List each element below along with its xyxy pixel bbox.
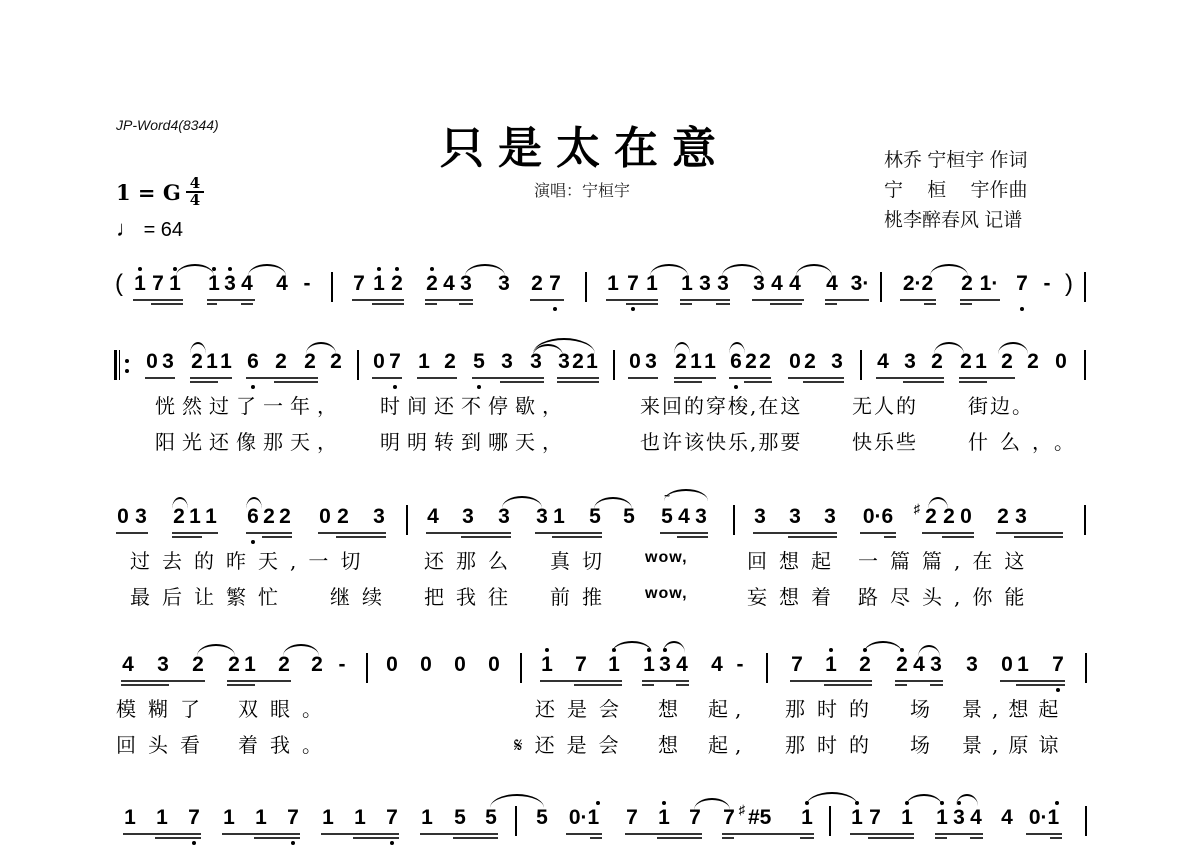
beam [744, 381, 772, 383]
note: 7 [388, 350, 402, 374]
note: 2 [571, 350, 585, 374]
beam [372, 303, 404, 305]
note: 4 [770, 272, 784, 296]
note: 3 [752, 272, 766, 296]
lyrics-line-2: wow, [645, 585, 688, 603]
high-octave-dot [829, 648, 833, 652]
time-signature-bottom: 4 [186, 193, 204, 208]
repeat-thin-bar [119, 350, 120, 380]
note: 2 [530, 272, 544, 296]
beam [145, 377, 175, 379]
beam [557, 377, 599, 379]
lyrics-line-1: 那时的 [785, 693, 881, 722]
note: 0 [1054, 350, 1068, 374]
note: 3 [161, 350, 175, 374]
note: 0 [628, 350, 642, 374]
note: 1 [642, 653, 656, 677]
beam [172, 532, 218, 534]
note: 4 [710, 653, 724, 677]
note: 3 [788, 505, 802, 529]
low-octave-dot [631, 307, 635, 311]
lyric-phrase: 恍然过了一年， [155, 394, 344, 418]
barline [406, 505, 408, 535]
lyric-phrase: 什么，。 [968, 430, 1086, 454]
note: 1 [680, 272, 694, 296]
note: 1 [606, 272, 620, 296]
note: 5 [453, 806, 467, 830]
beam [116, 532, 148, 534]
lyric-phrase: 场 [910, 697, 937, 721]
beam [960, 303, 972, 305]
lyric-phrase: 着我。 [238, 733, 334, 757]
close-paren: ) [1062, 270, 1076, 298]
low-octave-dot [390, 841, 394, 845]
time-signature: 4 4 [186, 176, 204, 208]
beam [461, 536, 511, 538]
lyrics-line-1: 想 [658, 693, 685, 722]
beam [552, 536, 602, 538]
note: 4 [677, 505, 691, 529]
note: 2 [758, 350, 772, 374]
lyric-phrase: 𝄋还是会 [514, 733, 631, 757]
lyric-phrase: 回想起 [747, 549, 843, 573]
tie-arc [806, 792, 858, 806]
lyric-phrase: 真切 [550, 549, 614, 573]
lyric-phrase: 起, [708, 733, 748, 757]
sharp-icon: ♯ [735, 802, 749, 817]
beam [935, 833, 983, 835]
note: 1 [207, 272, 221, 296]
beam [590, 837, 602, 839]
rest: 0 [419, 653, 433, 677]
singer-label: 演唱：宁桓宇 [534, 178, 630, 201]
dash: - [335, 653, 349, 677]
beam [566, 833, 602, 835]
barline [829, 806, 831, 836]
slur-arc [956, 794, 978, 806]
beam [674, 381, 702, 383]
note: 1 [222, 806, 236, 830]
note: 1 [824, 653, 838, 677]
lyric-phrase: 那时的 [785, 733, 881, 757]
lyric-phrase: wow, [645, 585, 688, 602]
lyrics-line-2: 继续 [330, 581, 394, 610]
beam [884, 536, 896, 538]
lyric-phrase: 阳光还像那天， [155, 430, 344, 454]
note: 0·6 [860, 505, 896, 529]
beam [1050, 837, 1062, 839]
note: 2 [274, 350, 288, 374]
lyric-phrase: 快乐些 [852, 430, 918, 454]
note: 3 [156, 653, 170, 677]
beam [574, 684, 622, 686]
beam [860, 532, 896, 534]
lyric-phrase: 还是会 [535, 697, 631, 721]
note: 3 [497, 272, 511, 296]
beam [1014, 536, 1063, 538]
note: 4 [442, 272, 456, 296]
lyric-phrase: 想 [658, 697, 685, 721]
note: 5 [660, 505, 674, 529]
low-octave-dot [291, 841, 295, 845]
note: 0·1 [1026, 806, 1062, 830]
beam [262, 536, 292, 538]
high-octave-dot [940, 801, 944, 805]
note: 0 [788, 350, 802, 374]
lyrics-line-1: 模糊了 [116, 693, 212, 722]
lyric-phrase: 时间还不停歇， [380, 394, 569, 418]
beam [903, 381, 944, 383]
beam [151, 303, 183, 305]
beam [626, 303, 658, 305]
note: 7 [868, 806, 882, 830]
beam [606, 299, 658, 301]
note: 2 [1000, 350, 1014, 374]
note: 2 [803, 350, 817, 374]
note: 3 [557, 350, 571, 374]
note: 2 [329, 350, 343, 374]
beam [459, 303, 473, 305]
note: 2 [278, 505, 292, 529]
lyrics-line-1: 还那么 [424, 545, 520, 574]
note: 6 [729, 350, 743, 374]
lyrics-line-2: 什么，。 [968, 426, 1086, 455]
note: 1 [800, 806, 814, 830]
note: 7 [722, 806, 736, 830]
lyric-phrase: 一篇篇,在这 [858, 549, 1036, 573]
note: 1 [552, 505, 566, 529]
note: 4 [426, 505, 440, 529]
beam [246, 377, 318, 379]
beam [207, 299, 255, 301]
note: 1 [935, 806, 949, 830]
note: 1 [133, 272, 147, 296]
lyric-phrase: 明明转到哪天， [380, 430, 569, 454]
beam [825, 299, 869, 301]
note: 1 [607, 653, 621, 677]
barline [357, 350, 359, 380]
note: 5 [484, 806, 498, 830]
low-octave-dot [734, 385, 738, 389]
rest: 0 [453, 653, 467, 677]
beam [770, 303, 802, 305]
note: 1 [372, 272, 386, 296]
beam [930, 684, 943, 686]
lyric-phrase: 继续 [330, 585, 394, 609]
note: 4 [675, 653, 689, 677]
note: 3 [753, 505, 767, 529]
beam [417, 377, 457, 379]
barline [733, 505, 735, 535]
note: 3 [965, 653, 979, 677]
beam [1000, 680, 1065, 682]
beam [500, 381, 544, 383]
beam [222, 833, 300, 835]
lyrics-line-1: 过去的昨天,一切 [130, 545, 372, 574]
note: 2 [744, 350, 758, 374]
note: 1 [657, 806, 671, 830]
note: 6 [246, 505, 260, 529]
credit-music: 宁 桓 宇作曲 [884, 176, 1028, 206]
note: 7 [187, 806, 201, 830]
beam [123, 833, 201, 835]
note: 4 [825, 272, 839, 296]
lyric-phrase: 妄想着 [747, 585, 843, 609]
score-row-verse-3: 4 3 2 2 1 2 2 - 0 0 0 0 1 7 1 1 3 4 4 - … [0, 651, 1200, 761]
lyrics-line-2: 起, [708, 729, 748, 758]
note: 3 [830, 350, 844, 374]
beam [642, 680, 689, 682]
lyrics-line-1: 恍然过了一年， [155, 390, 344, 419]
barline [880, 272, 882, 302]
note: 3 [497, 505, 511, 529]
dash: - [300, 272, 314, 296]
tempo-value: = 64 [144, 219, 183, 241]
note: 1 [205, 350, 219, 374]
note: 2 [262, 505, 276, 529]
beam [752, 299, 804, 301]
beam [155, 837, 201, 839]
beam [227, 684, 255, 686]
lyric-phrase: 前推 [550, 585, 614, 609]
high-octave-dot [395, 267, 399, 271]
lyric-phrase: wow, [645, 549, 688, 566]
beam [540, 680, 622, 682]
beam [960, 299, 1000, 301]
lyrics-line-1: wow, [645, 549, 688, 567]
note: 7 [790, 653, 804, 677]
quarter-note-icon: ♩ [116, 216, 138, 242]
lyrics-line-2: 也许该快乐,那要 [640, 426, 802, 455]
beam [254, 837, 300, 839]
note: 5 [622, 505, 636, 529]
beam [336, 536, 386, 538]
note: 3 [461, 505, 475, 529]
beam [352, 299, 404, 301]
barline [1085, 806, 1087, 836]
note: 7 [151, 272, 165, 296]
beam [674, 377, 716, 379]
tie-arc [864, 641, 902, 653]
high-octave-dot [430, 267, 434, 271]
note: 3 [372, 505, 386, 529]
beam [557, 381, 599, 383]
note: 3 [952, 806, 966, 830]
beam [321, 833, 399, 835]
beam [729, 377, 771, 379]
barline [613, 350, 615, 380]
note: 7 [626, 272, 640, 296]
note: 1· [978, 272, 1000, 296]
note: 6 [246, 350, 260, 374]
lyrics-line-2: 路尽头,你能 [858, 581, 1036, 610]
note: 2 [190, 350, 204, 374]
lyrics-line-2: 𝄋还是会 [514, 729, 631, 758]
barline [515, 806, 517, 836]
note: 7 [352, 272, 366, 296]
beam [121, 680, 205, 682]
note: 1 [1016, 653, 1030, 677]
note: 2 [336, 505, 350, 529]
barline [1085, 653, 1087, 683]
note: 3 [1014, 505, 1028, 529]
note: 2 [390, 272, 404, 296]
time-signature-top: 4 [186, 176, 204, 191]
beam [716, 303, 730, 305]
note: 2 [227, 653, 241, 677]
beam [900, 299, 936, 301]
note: 4 [121, 653, 135, 677]
beam [190, 377, 232, 379]
barline [585, 272, 587, 302]
lyrics-line-2: 着我。 [238, 729, 334, 758]
beam [530, 299, 564, 301]
note: 5 [535, 806, 549, 830]
note: 3 [644, 350, 658, 374]
beam [207, 303, 217, 305]
lyrics-line-1: 真切 [550, 545, 614, 574]
beam [722, 837, 734, 839]
high-octave-dot [900, 648, 904, 652]
beam [190, 381, 218, 383]
lyrics-line-2: 前推 [550, 581, 614, 610]
note: 1 [689, 350, 703, 374]
note: 1 [900, 806, 914, 830]
low-octave-dot [553, 307, 557, 311]
note: 2 [310, 653, 324, 677]
note: 1 [353, 806, 367, 830]
note: 0 [116, 505, 130, 529]
lyrics-line-2: 阳光还像那天， [155, 426, 344, 455]
lyrics-line-2: 那时的 [785, 729, 881, 758]
beam [800, 837, 814, 839]
beam [850, 833, 914, 835]
lyric-phrase: 街边。 [968, 394, 1034, 418]
beam [426, 532, 511, 534]
note: 3· [848, 272, 872, 296]
lyric-phrase: 也许该快乐,那要 [640, 430, 802, 454]
barline [520, 653, 522, 683]
lyric-phrase: 双眼。 [238, 697, 334, 721]
barline [1084, 350, 1086, 380]
low-octave-dot [192, 841, 196, 845]
lyric-phrase: 过去的昨天,一切 [130, 549, 372, 573]
lyrics-line-1: 景,想起 [962, 693, 1068, 722]
note: 1 [243, 653, 257, 677]
beam [420, 833, 498, 835]
lyrics-line-1: 来回的穿梭,在这 [640, 390, 802, 419]
note: 3 [698, 272, 712, 296]
high-octave-dot [545, 648, 549, 652]
dash: - [733, 653, 747, 677]
lyric-phrase: 模糊了 [116, 697, 212, 721]
lyrics-line-1: 时间还不停歇， [380, 390, 569, 419]
lyrics-line-2: 想 [658, 729, 685, 758]
note: 7 [385, 806, 399, 830]
note: 7 [1015, 272, 1029, 296]
lyric-phrase: 最后让繁忙 [130, 585, 290, 609]
lyric-phrase: 无人的 [852, 394, 918, 418]
barline [331, 272, 333, 302]
beam [472, 377, 544, 379]
note: 1 [204, 505, 218, 529]
high-octave-dot [138, 267, 142, 271]
note: 2 [996, 505, 1010, 529]
lyrics-line-1: 街边。 [968, 390, 1034, 419]
beam [942, 536, 974, 538]
low-octave-dot [477, 385, 481, 389]
barline [1084, 272, 1086, 302]
note: 2 [960, 272, 974, 296]
lyrics-line-1: 还是会 [535, 693, 631, 722]
note: 4 [275, 272, 289, 296]
beam [895, 680, 943, 682]
lyric-phrase: 起, [708, 697, 748, 721]
lyric-phrase: 景,想起 [962, 697, 1068, 721]
note: 0 [318, 505, 332, 529]
beam [274, 381, 318, 383]
note: 2 [172, 505, 186, 529]
rest: 0 [487, 653, 501, 677]
note: 2 [425, 272, 439, 296]
note: 4 [969, 806, 983, 830]
beam [680, 303, 692, 305]
high-octave-dot [212, 267, 216, 271]
lyrics-line-1: 一篇篇,在这 [858, 545, 1036, 574]
high-octave-dot [596, 801, 600, 805]
note: 1 [123, 806, 137, 830]
sharp-icon: ♯ [910, 501, 924, 516]
repeat-thick-bar [114, 350, 117, 380]
note: 2 [942, 505, 956, 529]
note: 0·1 [566, 806, 602, 830]
lyric-phrase: 景,原谅 [962, 733, 1068, 757]
barline [860, 350, 862, 380]
beam [876, 377, 944, 379]
note: 1 [321, 806, 335, 830]
lyric-phrase: 回头看 [116, 733, 212, 757]
beam [227, 680, 291, 682]
note: 3 [694, 505, 708, 529]
beam [825, 303, 837, 305]
lyrics-line-2: 把我往 [424, 581, 520, 610]
high-octave-dot [662, 801, 666, 805]
song-title: 只是太在意 [440, 112, 730, 176]
note: 7 [548, 272, 562, 296]
barline [1084, 505, 1086, 535]
beam [625, 833, 702, 835]
beam [924, 303, 936, 305]
beam [535, 532, 602, 534]
repeat-dot [125, 359, 129, 363]
high-octave-dot [647, 648, 651, 652]
lyrics-line-2: 回头看 [116, 729, 212, 758]
beam [803, 381, 844, 383]
beam [680, 299, 730, 301]
note: 2 [674, 350, 688, 374]
note: 5 [472, 350, 486, 374]
lyrics-line-2: 景,原谅 [962, 729, 1068, 758]
lyric-phrase: 那时的 [785, 697, 881, 721]
beam [453, 837, 498, 839]
key-signature: 1 = G [116, 180, 181, 205]
tempo-marking: ♩ = 64 [116, 216, 183, 242]
beam [677, 536, 708, 538]
note: 1 [417, 350, 431, 374]
note: 7 [574, 653, 588, 677]
beam [959, 381, 987, 383]
note: 1 [188, 505, 202, 529]
